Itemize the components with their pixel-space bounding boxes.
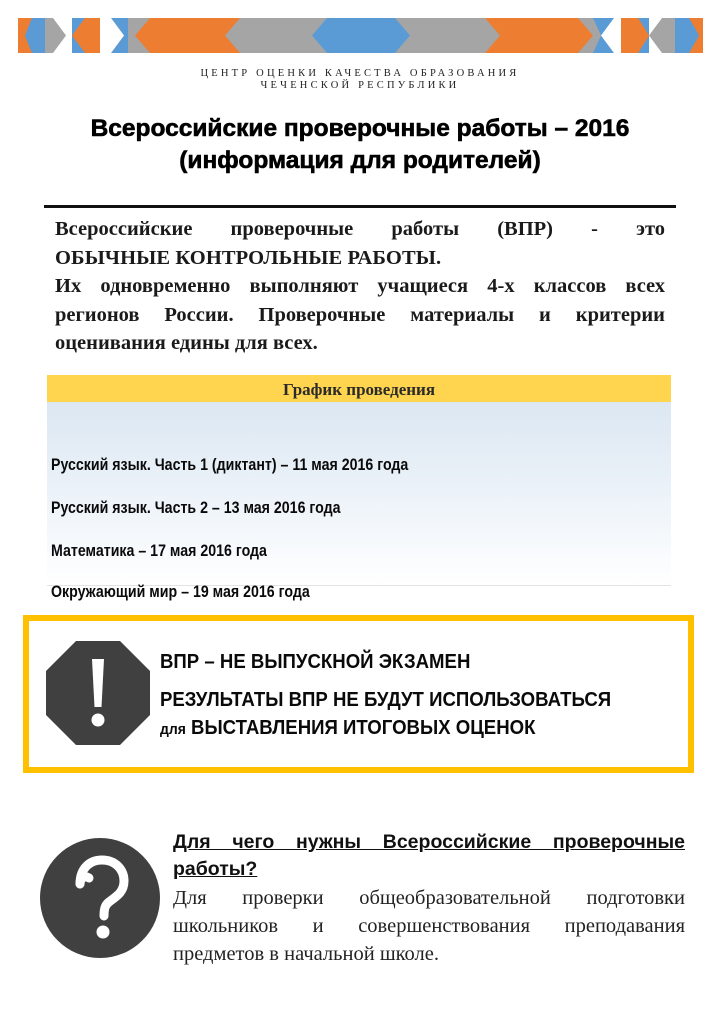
schedule-table: График проведения Русский язык. Часть 1 … bbox=[47, 375, 671, 586]
schedule-row: Окружающий мир – 19 мая 2016 года bbox=[51, 583, 310, 602]
faq-section: Для чего нужны Всероссийские проверочные… bbox=[173, 829, 685, 968]
faq-question: Для чего нужны Всероссийские проверочные… bbox=[173, 829, 685, 883]
decorative-banner bbox=[0, 0, 720, 60]
schedule-body: Русский язык. Часть 1 (диктант) – 11 мая… bbox=[47, 402, 671, 586]
banner-right-blocks bbox=[621, 18, 703, 53]
warning-line-2: РЕЗУЛЬТАТЫ ВПР НЕ БУДУТ ИСПОЛЬЗОВАТЬСЯ bbox=[160, 689, 611, 712]
warning-box: ВПР – НЕ ВЫПУСКНОЙ ЭКЗАМЕН РЕЗУЛЬТАТЫ ВП… bbox=[23, 615, 694, 773]
warning-line-3: для ВЫСТАВЛЕНИЯ ИТОГОВЫХ ОЦЕНОК bbox=[160, 717, 535, 740]
organization-line-2: ЧЕЧЕНСКОЙ РЕСПУБЛИКИ bbox=[0, 80, 720, 92]
intro-emphasis: ОБЫЧНЫЕ КОНТРОЛЬНЫЕ РАБОТЫ. bbox=[55, 244, 665, 273]
title-divider bbox=[44, 205, 676, 208]
intro-paragraph: Всероссийские проверочные работы (ВПР) -… bbox=[55, 215, 665, 358]
banner-center-bar bbox=[111, 18, 614, 53]
title-line-1: Всероссийские проверочные работы – 2016 bbox=[30, 113, 690, 145]
warning-line-3-prefix: для bbox=[160, 721, 186, 738]
warning-line-1: ВПР – НЕ ВЫПУСКНОЙ ЭКЗАМЕН bbox=[160, 651, 470, 674]
schedule-row: Русский язык. Часть 1 (диктант) – 11 мая… bbox=[51, 456, 408, 475]
organization-name: ЦЕНТР ОЦЕНКИ КАЧЕСТВА ОБРАЗОВАНИЯ ЧЕЧЕНС… bbox=[0, 68, 720, 92]
exclamation-octagon-icon bbox=[46, 641, 150, 745]
schedule-heading: График проведения bbox=[47, 375, 671, 402]
schedule-row: Математика – 17 мая 2016 года bbox=[51, 542, 267, 561]
page-title: Всероссийские проверочные работы – 2016 … bbox=[30, 113, 690, 177]
intro-body: Их одновременно выполняют учащиеся 4-х к… bbox=[55, 272, 665, 358]
faq-answer: Для проверки общеобразовательной подгото… bbox=[173, 884, 685, 968]
organization-line-1: ЦЕНТР ОЦЕНКИ КАЧЕСТВА ОБРАЗОВАНИЯ bbox=[0, 68, 720, 80]
schedule-row: Русский язык. Часть 2 – 13 мая 2016 года bbox=[51, 499, 341, 518]
title-line-2: (информация для родителей) bbox=[30, 145, 690, 177]
warning-line-3-rest: ВЫСТАВЛЕНИЯ ИТОГОВЫХ ОЦЕНОК bbox=[186, 717, 536, 739]
banner-left-blocks bbox=[18, 18, 100, 53]
intro-line-1: Всероссийские проверочные работы (ВПР) -… bbox=[55, 215, 665, 244]
question-circle-icon bbox=[40, 838, 160, 958]
